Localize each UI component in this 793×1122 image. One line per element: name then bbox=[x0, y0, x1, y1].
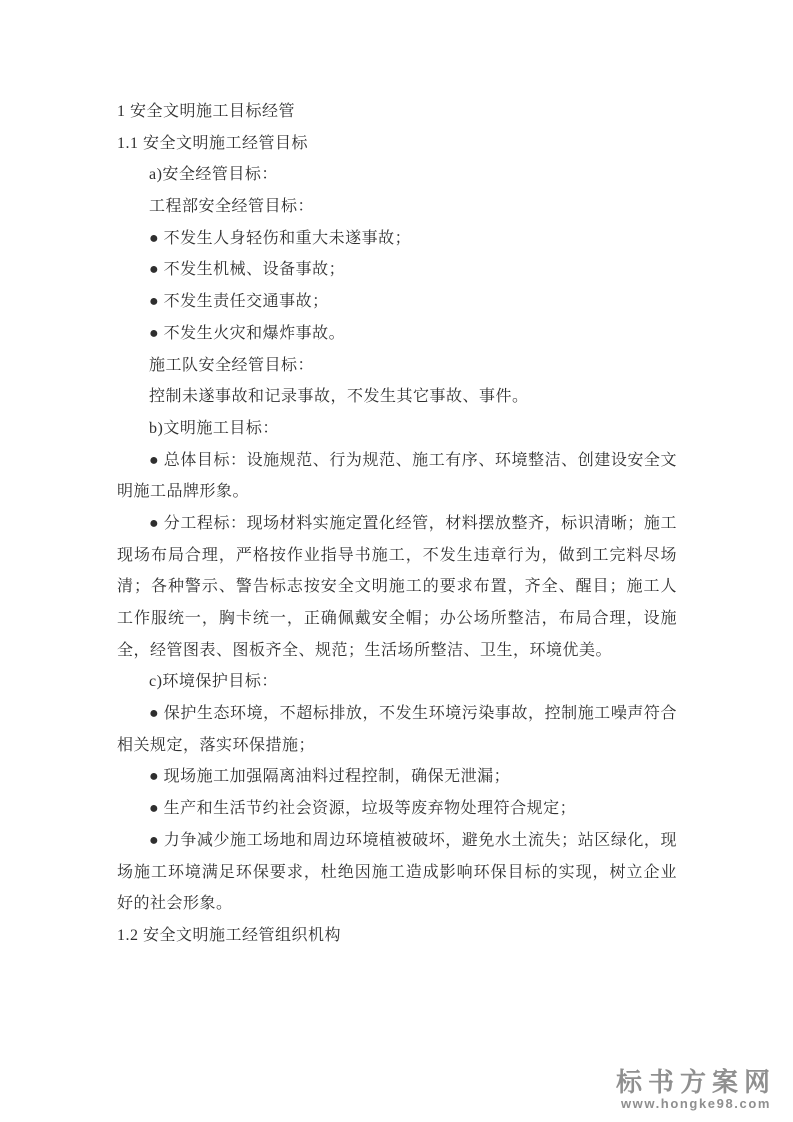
text-line: 相关规定，落实环保措施； bbox=[117, 730, 677, 762]
text-line: ● 不发生机械、设备事故； bbox=[117, 254, 677, 286]
text-line: ● 分工程标：现场材料实施定置化经管，材料摆放整齐，标识清晰；施工 bbox=[117, 508, 677, 540]
text-line: 清；各种警示、警告标志按安全文明施工的要求布置，齐全、醒目；施工人员 bbox=[117, 571, 677, 603]
text-line: c)环境保护目标： bbox=[117, 666, 677, 698]
text-line: 1 安全文明施工目标经管 bbox=[117, 96, 677, 128]
text-line: ● 保护生态环境，不超标排放，不发生环境污染事故，控制施工噪声符合 bbox=[117, 698, 677, 730]
text-line: b)文明施工目标： bbox=[117, 413, 677, 445]
document-page: 1 安全文明施工目标经管1.1 安全文明施工经管目标a)安全经管目标：工程部安全… bbox=[0, 0, 793, 1122]
text-line: 1.1 安全文明施工经管目标 bbox=[117, 128, 677, 160]
text-line: 全，经管图表、图板齐全、规范；生活场所整洁、卫生，环境优美。 bbox=[117, 635, 677, 667]
text-line: 工程部安全经管目标： bbox=[117, 191, 677, 223]
text-line: ● 不发生人身轻伤和重大未遂事故； bbox=[117, 223, 677, 255]
text-line: 场施工环境满足环保要求，杜绝因施工造成影响环保目标的实现，树立企业良 bbox=[117, 857, 677, 889]
text-line: 工作服统一，胸卡统一，正确佩戴安全帽；办公场所整洁，布局合理，设施齐 bbox=[117, 603, 677, 635]
text-line: ● 力争减少施工场地和周边环境植被破坏，避免水土流失；站区绿化，现 bbox=[117, 825, 677, 857]
text-line: 1.2 安全文明施工经管组织机构 bbox=[117, 920, 677, 952]
text-line: 现场布局合理，严格按作业指导书施工，不发生违章行为，做到工完料尽场地 bbox=[117, 540, 677, 572]
watermark-site-url: www.hongke98.com bbox=[616, 1096, 776, 1112]
text-line: 施工队安全经管目标： bbox=[117, 350, 677, 382]
text-line: ● 不发生责任交通事故； bbox=[117, 286, 677, 318]
text-line: ● 不发生火灾和爆炸事故。 bbox=[117, 318, 677, 350]
text-line: 控制未遂事故和记录事故，不发生其它事故、事件。 bbox=[117, 381, 677, 413]
text-line: 好的社会形象。 bbox=[117, 888, 677, 920]
watermark: 标书方案网 www.hongke98.com bbox=[616, 1068, 776, 1112]
text-line: ● 总体目标：设施规范、行为规范、施工有序、环境整洁、创建设安全文 bbox=[117, 445, 677, 477]
watermark-site-name: 标书方案网 bbox=[616, 1068, 776, 1096]
document-text-block: 1 安全文明施工目标经管1.1 安全文明施工经管目标a)安全经管目标：工程部安全… bbox=[117, 96, 677, 952]
text-line: a)安全经管目标： bbox=[117, 159, 677, 191]
text-line: 明施工品牌形象。 bbox=[117, 476, 677, 508]
text-line: ● 现场施工加强隔离油料过程控制，确保无泄漏； bbox=[117, 761, 677, 793]
text-line: ● 生产和生活节约社会资源，垃圾等废弃物处理符合规定； bbox=[117, 793, 677, 825]
